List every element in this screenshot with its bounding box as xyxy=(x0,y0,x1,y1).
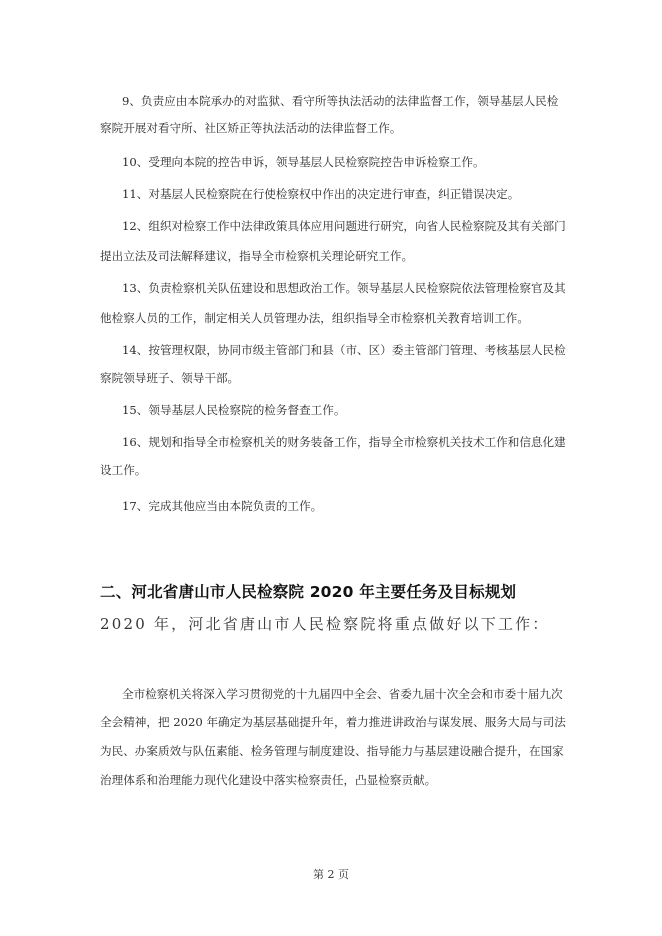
list-item-9-line-2: 察院开展对看守所、社区矫正等执法活动的法律监督工作。 xyxy=(100,120,564,136)
body-paragraph-line-4: 治理体系和治理能力现代化建设中落实检察责任，凸显检察贡献。 xyxy=(100,772,564,788)
document-page: 9、负责应由本院承办的对监狱、看守所等执法活动的法律监督工作，领导基层人民检 察… xyxy=(0,0,662,936)
section-heading: 二、河北省唐山市人民检察院 2020 年主要任务及目标规划 xyxy=(100,580,516,602)
list-item-13-line-2: 他检察人员的工作，制定相关人员管理办法，组织指导全市检察机关教育培训工作。 xyxy=(100,310,564,326)
body-paragraph-line-3: 为民、办案质效与队伍素能、检务管理与制度建设、指导能力与基层建设融合提升，在国家 xyxy=(100,743,564,759)
list-item-17: 17、完成其他应当由本院负责的工作。 xyxy=(122,498,564,514)
body-paragraph-line-1: 全市检察机关将深入学习贯彻党的十九届四中全会、省委九届十次全会和市委十届九次 xyxy=(122,686,564,702)
list-item-11: 11、对基层人民检察院在行使检察权中作出的决定进行审查，纠正错误决定。 xyxy=(122,186,564,202)
list-item-14-line-2: 察院领导班子、领导干部。 xyxy=(100,370,564,386)
page-number: 第 2 页 xyxy=(0,866,662,882)
body-paragraph-line-2: 全会精神，把 2020 年确定为基层基础提升年，着力推进讲政治与谋发展、服务大局… xyxy=(100,714,564,730)
list-item-13-line-1: 13、负责检察机关队伍建设和思想政治工作。领导基层人民检察院依法管理检察官及其 xyxy=(122,280,564,296)
list-item-16-line-1: 16、规划和指导全市检察机关的财务装备工作，指导全市检察机关技术工作和信息化建 xyxy=(122,434,564,450)
section-subheading: 2020 年，河北省唐山市人民检察院将重点做好以下工作： xyxy=(100,613,550,634)
list-item-15: 15、领导基层人民检察院的检务督查工作。 xyxy=(122,402,564,418)
list-item-10: 10、受理向本院的控告申诉，领导基层人民检察院控告申诉检察工作。 xyxy=(122,154,564,170)
list-item-16-line-2: 设工作。 xyxy=(100,462,564,478)
list-item-12-line-2: 提出立法及司法解释建议，指导全市检察机关理论研究工作。 xyxy=(100,248,564,264)
list-item-12-line-1: 12、组织对检察工作中法律政策具体应用问题进行研究，向省人民检察院及其有关部门 xyxy=(122,218,564,234)
list-item-14-line-1: 14、按管理权限，协同市级主管部门和县（市、区）委主管部门管理、考核基层人民检 xyxy=(122,342,564,358)
list-item-9-line-1: 9、负责应由本院承办的对监狱、看守所等执法活动的法律监督工作，领导基层人民检 xyxy=(122,93,564,109)
